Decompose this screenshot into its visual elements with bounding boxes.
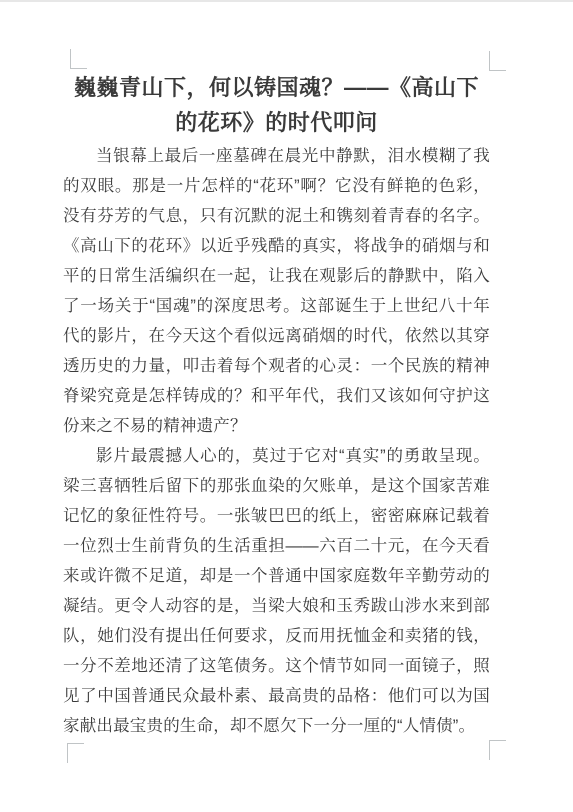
text-boundary-mark-top-left [70, 49, 87, 69]
document-title-line-1: 巍巍青山下，何以铸国魂？——《高山下 [63, 70, 490, 105]
document-page: 巍巍青山下，何以铸国魂？——《高山下 的花环》的时代叩问 当银幕上最后一座墓碑在… [0, 0, 573, 812]
text-boundary-mark-top-right [489, 51, 506, 71]
body-paragraph-1: 当银幕上最后一座墓碑在晨光中静默，泪水模糊了我的双眼。那是一片怎样的“花环”啊？… [63, 141, 490, 441]
text-boundary-mark-bottom-left [67, 743, 84, 763]
text-boundary-mark-bottom-right [489, 740, 506, 760]
document-title-line-2: 的花环》的时代叩问 [63, 105, 490, 140]
document-title: 巍巍青山下，何以铸国魂？——《高山下 的花环》的时代叩问 [63, 70, 490, 140]
document-content: 巍巍青山下，何以铸国魂？——《高山下 的花环》的时代叩问 当银幕上最后一座墓碑在… [63, 70, 490, 741]
body-paragraph-2: 影片最震撼人心的，莫过于它对“真实”的勇敢呈现。梁三喜牺牲后留下的那张血染的欠账… [63, 441, 490, 741]
screen-top-edge [0, 0, 573, 2]
